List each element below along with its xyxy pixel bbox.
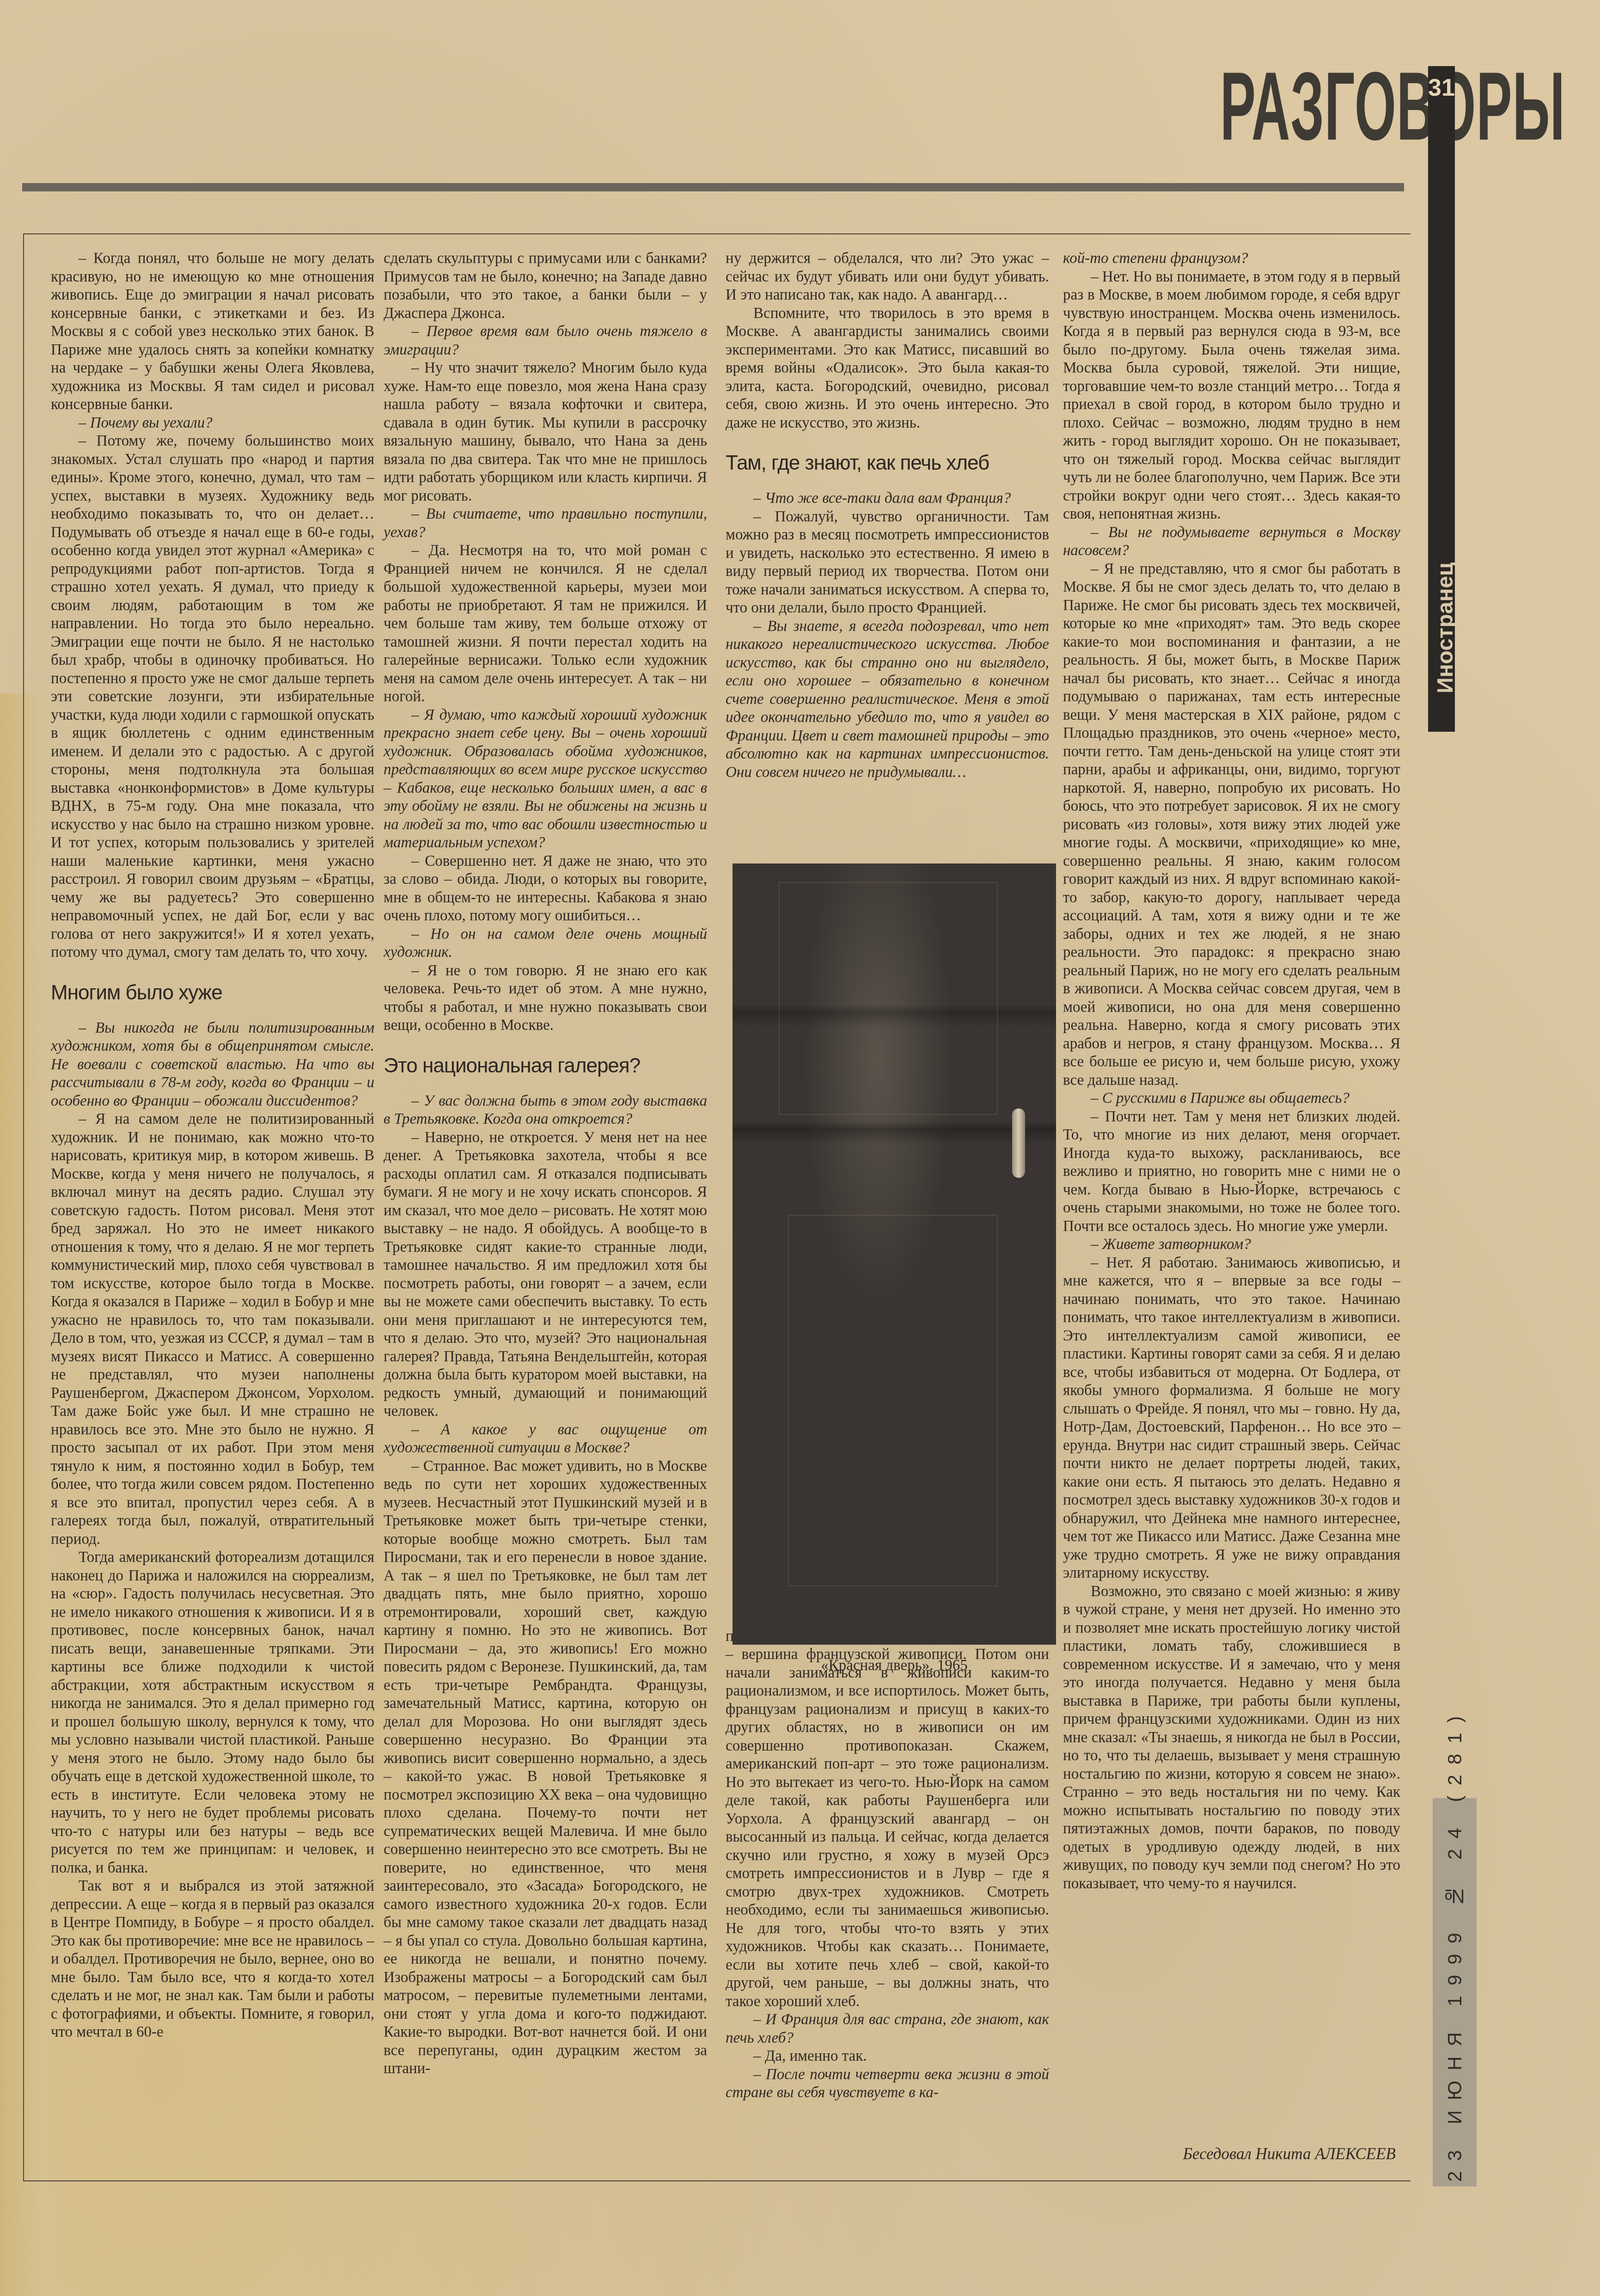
interview-question: – Первое время вам было очень тяжело в э…: [384, 323, 707, 359]
interview-answer: – Почти нет. Там у меня нет близких люде…: [1063, 1108, 1400, 1236]
interview-answer: Возможно, это связано с моей жизнью: я ж…: [1063, 1583, 1400, 1893]
interview-answer: – Нет. Но вы понимаете, в этом году я в …: [1063, 268, 1400, 524]
interview-question: кой-то степени французом?: [1063, 250, 1400, 268]
interview-answer: Вспомните, что творилось в это время в М…: [726, 305, 1049, 433]
interview-answer: ну держится – обделался, что ли? Это ужа…: [726, 250, 1049, 305]
door-panel-top: [779, 882, 998, 1115]
subhead-s1: Многим было хуже: [51, 980, 374, 1005]
interview-question: – Вы считаете, что правильно поступили, …: [384, 505, 707, 542]
interview-answer: сделать скульптуры с примусами или с бан…: [384, 250, 707, 323]
painting-red-door: [733, 863, 1056, 1645]
interview-answer: – Странное. Вас может удивить, но в Моск…: [384, 1457, 707, 2078]
interview-question: – И Франция для вас страна, где знают, к…: [726, 2011, 1049, 2047]
interview-answer: – Пожалуй, чувство органичности. Там мож…: [726, 508, 1049, 618]
interview-question: – Живете затворником?: [1063, 1236, 1400, 1254]
interview-question: – С русскими в Париже вы общаетесь?: [1063, 1090, 1400, 1108]
interview-question: – После почти четверти века жизни в этой…: [726, 2066, 1049, 2102]
interview-question: – Вы не подумываете вернуться в Москву н…: [1063, 524, 1400, 560]
issue-date: 23 ИЮНЯ 1999 № 24 (281): [1433, 1803, 1477, 2182]
interview-answer: – Я не представляю, что я смог бы работа…: [1063, 560, 1400, 1090]
header-rule: [22, 183, 1404, 191]
interview-answer: Так вот я и выбрался из этой затяжной де…: [51, 1877, 374, 2042]
interview-answer: Тогда американский фотореализм дотащился…: [51, 1549, 374, 1877]
interview-answer: – Ну что значит тяжело? Многим было куда…: [384, 359, 707, 505]
interview-answer: – Да, именно так.: [726, 2047, 1049, 2066]
figure-caption: «Красная дверь». 1965: [733, 1657, 1056, 1674]
interview-question: – Что же все-таки дала вам Франция?: [726, 490, 1049, 508]
interview-answer: – Нет. Я работаю. Занимаюсь живописью, и…: [1063, 1254, 1400, 1583]
interview-question: – Вы никогда не были политизированным ху…: [51, 1019, 374, 1111]
subhead-s2: Это национальная галерея?: [384, 1053, 707, 1078]
article-column-2: сделать скульптуры с примусами или с бан…: [384, 250, 707, 2078]
article-column-4: кой-то степени французом?– Нет. Но вы по…: [1063, 250, 1400, 1893]
section-title: РАЗГОВОРЫ: [1220, 65, 1565, 148]
interview-answer: – Когда понял, что больше не могу делать…: [51, 250, 374, 414]
interview-question: – У вас должна быть в этом году выставка…: [384, 1092, 707, 1129]
interview-answer: – Совершенно нет. Я даже не знаю, что эт…: [384, 852, 707, 925]
interview-question: – Но он на самом деле очень мощный худож…: [384, 925, 707, 962]
interview-answer: – Наверно, не откроется. У меня нет на н…: [384, 1129, 707, 1421]
door-handle-icon: [1012, 1108, 1025, 1178]
interview-answer: – Да. Несмотря на то, что мой роман с Фр…: [384, 542, 707, 706]
page-number: 31: [1428, 74, 1455, 102]
interview-answer: – Потому же, почему большинство моих зна…: [51, 432, 374, 962]
door-panel-bottom: [788, 1215, 998, 1586]
byline: Беседовал Никита АЛЕКСЕЕВ: [1151, 2145, 1396, 2163]
interview-answer: – Я на самом деле не политизированный ху…: [51, 1110, 374, 1549]
interview-question: – Я думаю, что каждый хороший художник п…: [384, 706, 707, 852]
interview-question: – Почему вы уехали?: [51, 414, 374, 433]
interview-answer: – Я не о том говорю. Я не знаю его как ч…: [384, 962, 707, 1035]
interview-question: – Вы знаете, я всегда подозревал, что не…: [726, 618, 1049, 782]
subhead-s3: Там, где знают, как печь хлеб: [726, 451, 1049, 476]
article-column-1: – Когда понял, что больше не могу делать…: [51, 250, 374, 2042]
publication-logo: Иностранец: [1433, 462, 1451, 693]
interview-question: – А какое у вас ощущение от художественн…: [384, 1421, 707, 1457]
